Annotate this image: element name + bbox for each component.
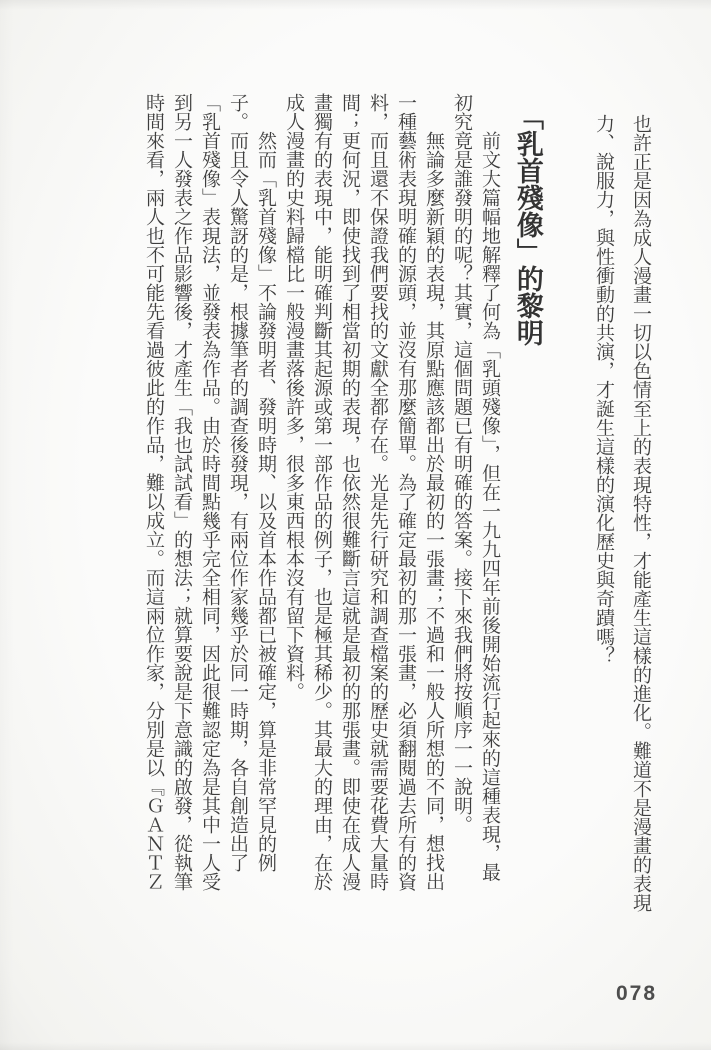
body-text: 前文大篇幅地解釋了何為「乳頭殘像」，但在一九九四年前後開始流行起來的這種表現，最… (111, 93, 503, 893)
body-paragraph-1: 前文大篇幅地解釋了何為「乳頭殘像」，但在一九九四年前後開始流行起來的這種表現，最… (447, 93, 503, 893)
book-page: 也許正是因為成人漫畫一切以色情至上的表現特性，才能產生這樣的進化。難道不是漫畫的… (0, 0, 711, 1050)
section-heading: 「乳首殘像」的黎明 (511, 103, 545, 423)
lead-in-paragraph: 也許正是因為成人漫畫一切以色情至上的表現特性，才能產生這樣的進化。難道不是漫畫的… (585, 114, 659, 914)
body-paragraph-3: 然而「乳首殘像」不論發明者、發明時期、以及首本作品都已被確定，算是非常罕見的例子… (139, 93, 279, 893)
body-paragraph-2: 無論多麼新穎的表現，其原點應該都出於最初的一張畫；不過和一般人所想的不同，想找出… (279, 93, 447, 893)
page-number: 078 (616, 982, 657, 1006)
